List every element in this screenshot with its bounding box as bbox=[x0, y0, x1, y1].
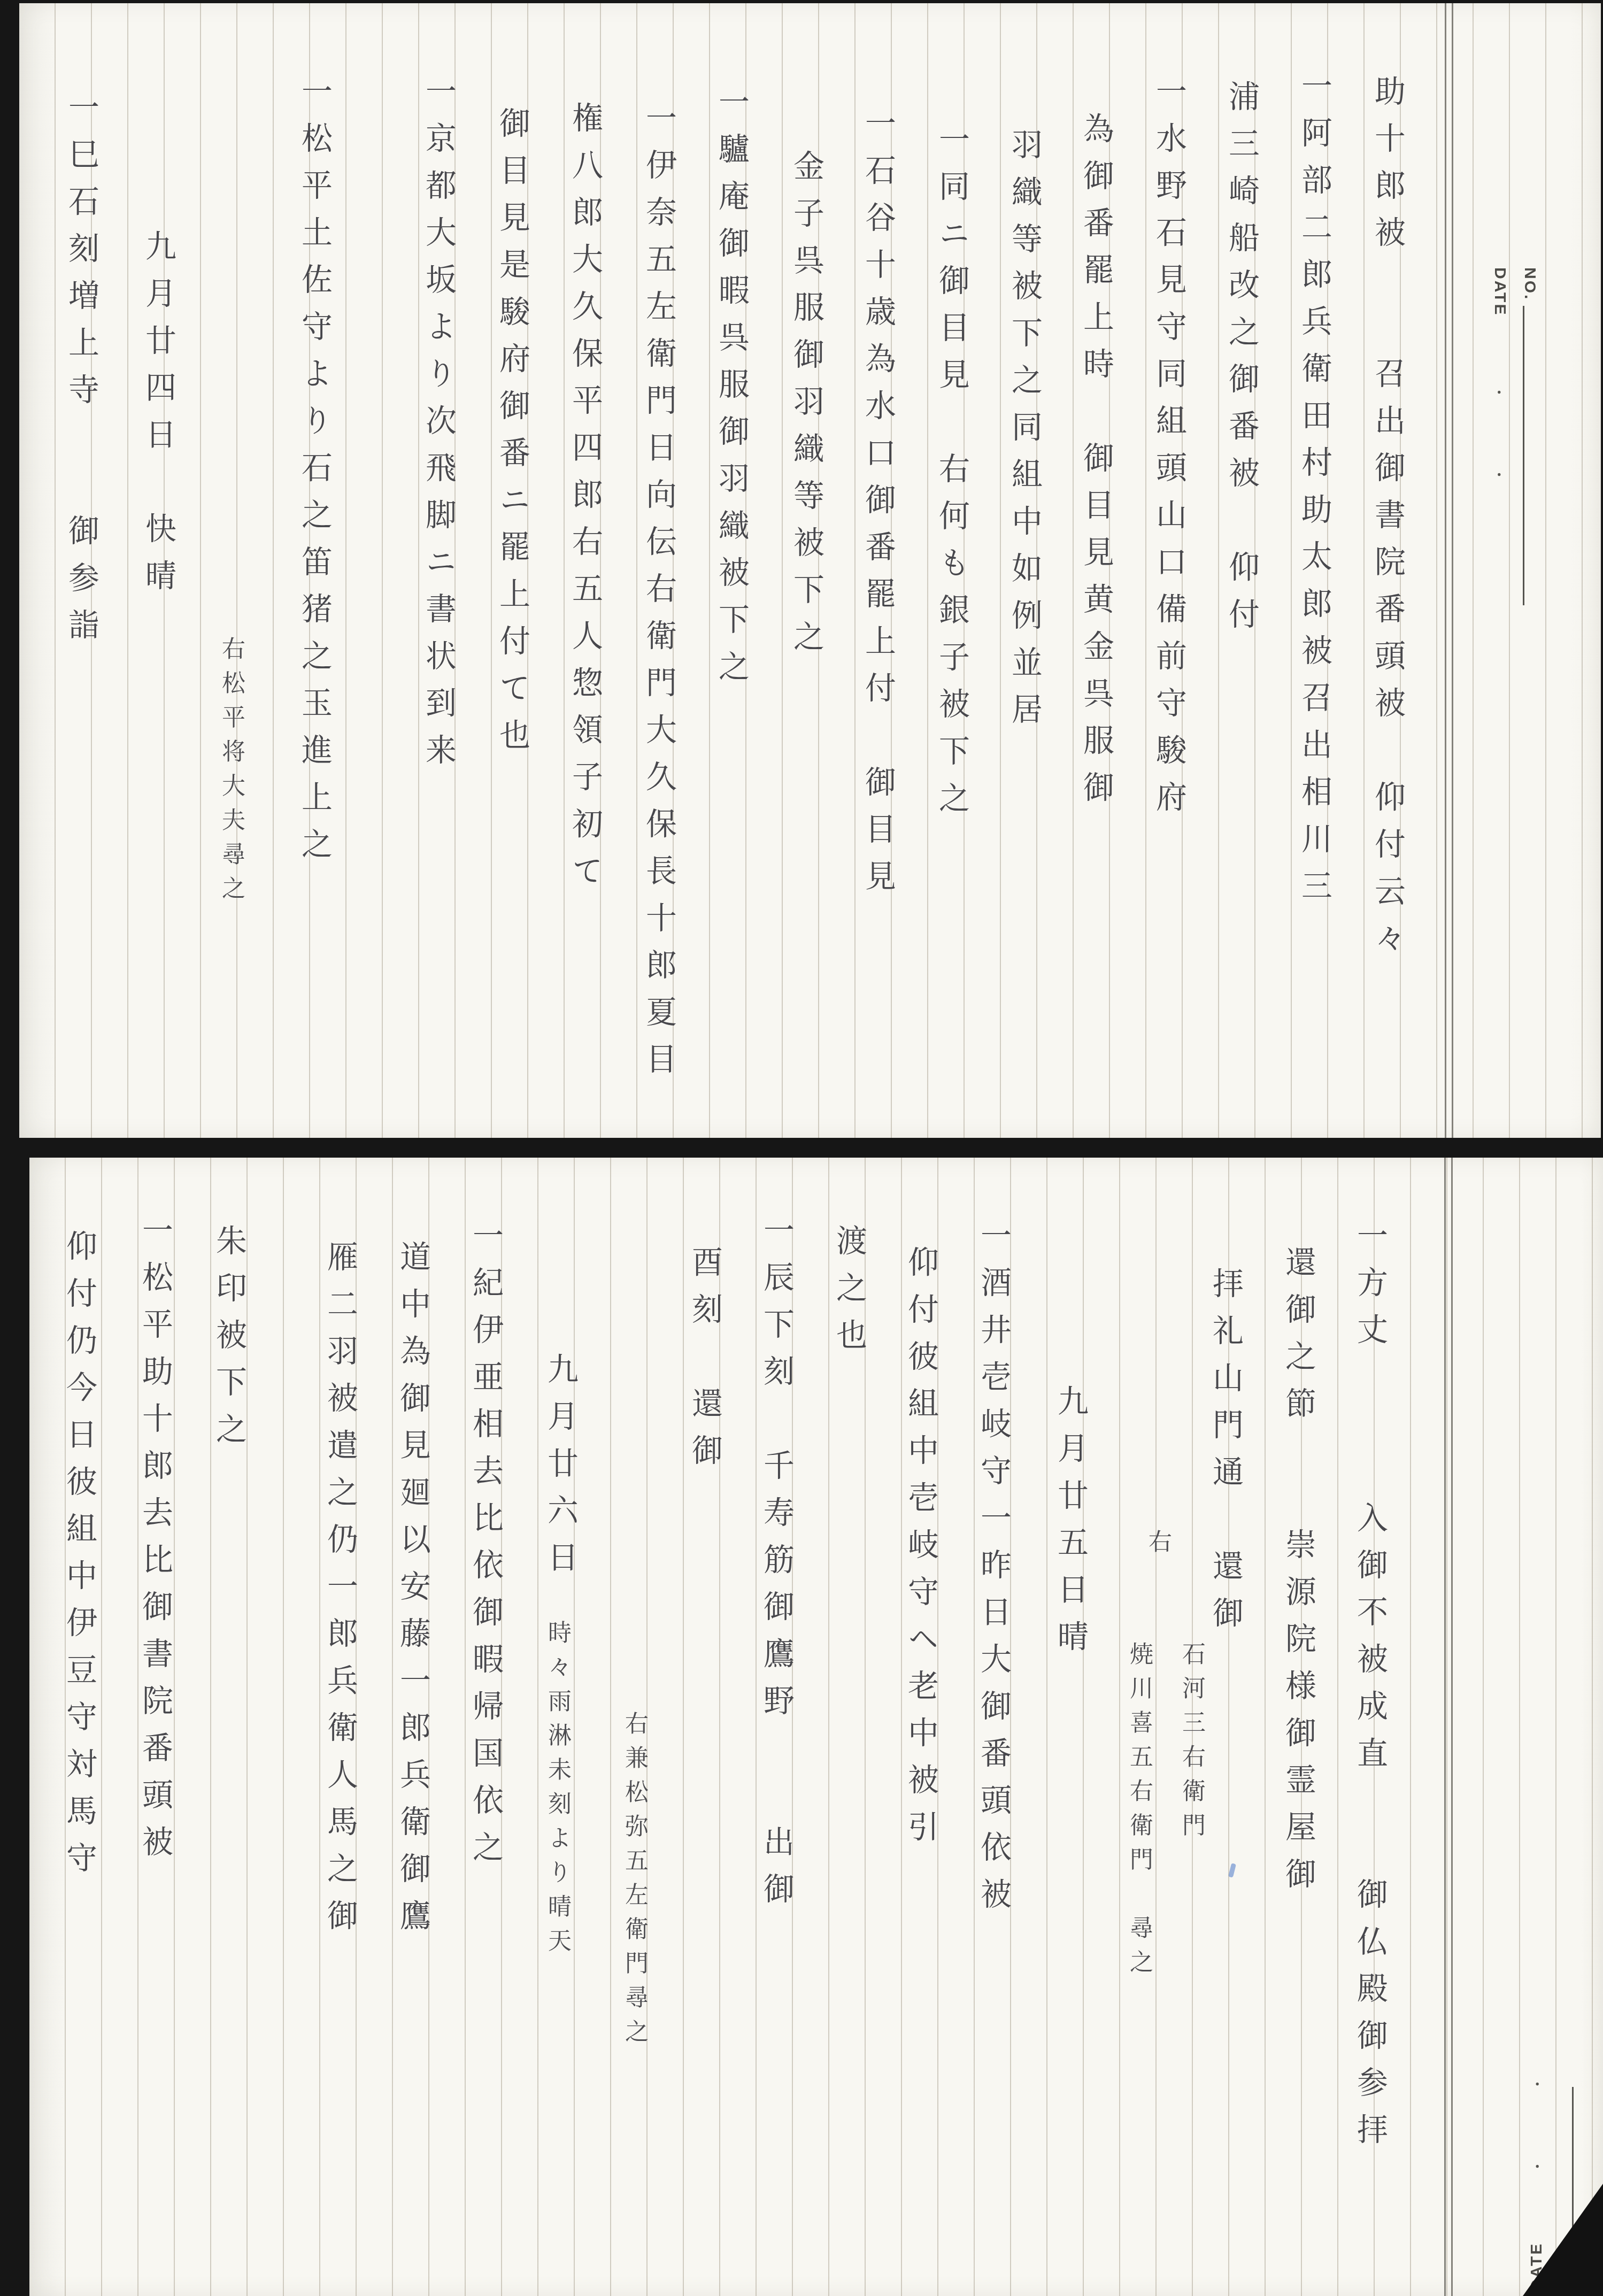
handwriting-column: 朱印被下之 bbox=[205, 1224, 253, 1460]
handwriting-column: 金子呉服御羽織等被下之 bbox=[782, 150, 830, 667]
notebook-page-top: NO. DATE ・ ・ 助十郎被 召出御書院番頭被 仰付云々一阿部二郎兵衛田村… bbox=[19, 3, 1601, 1138]
handwriting-column: 仰付仍今日彼組中伊豆守対馬守 bbox=[55, 1230, 103, 1889]
handwriting-column: 権八郎大久保平四郎右五人惣領子初て bbox=[561, 102, 609, 902]
notebook-page-bottom: NO. DATE ・ ・ 一方丈 入御不被成直 御仏殿御参拝還御之節 崇源院様御… bbox=[29, 1158, 1603, 2296]
handwriting-column: 右 bbox=[1139, 1529, 1176, 1563]
handwriting-column: 一阿部二郎兵衛田村助太郎被召出相川三 bbox=[1290, 70, 1338, 916]
handwriting-column: 一巳石刻増上寺 御参詣 bbox=[57, 91, 105, 656]
handwriting-column: 還御之節 崇源院様御霊屋御 bbox=[1274, 1246, 1322, 1905]
handwriting-column: 道中為御見廻以安藤一郎兵衛御鷹 bbox=[389, 1241, 437, 1946]
handwriting-column: 助十郎被 召出御書院番頭被 仰付云々 bbox=[1363, 75, 1412, 969]
handwriting-column: 焼川喜五右衛門 尋之 bbox=[1120, 1642, 1158, 1984]
handwriting-column: 一酒井壱岐守一昨日大御番頭依被 bbox=[969, 1219, 1018, 1925]
handwritten-columns-top: 助十郎被 召出御書院番頭被 仰付云々一阿部二郎兵衛田村助太郎被召出相川三浦三崎船… bbox=[19, 3, 1601, 1138]
handwriting-column: 仰付彼組中壱岐守ヘ老中被引 bbox=[897, 1246, 945, 1858]
handwriting-column: 右松平将大夫尋之 bbox=[212, 636, 250, 910]
handwriting-column: 一松平土佐守より石之笛猪之玉進上之 bbox=[290, 75, 338, 875]
handwriting-column: 御目見是駿府御番ニ罷上付て也 bbox=[488, 107, 536, 766]
handwriting-column: 雁二羽被遣之仍一郎兵衛人馬之御 bbox=[316, 1241, 364, 1946]
handwritten-columns-bottom: 一方丈 入御不被成直 御仏殿御参拝還御之節 崇源院様御霊屋御拝礼山門通 還御右石… bbox=[29, 1158, 1603, 2296]
handwriting-column: 為御番罷上時 御目見黄金呉服御 bbox=[1072, 112, 1120, 818]
handwriting-column: 一松平助十郎去比御書院番頭被 bbox=[131, 1214, 179, 1873]
handwriting-column: 羽織等被下之同組中如例並居 bbox=[1000, 128, 1049, 740]
handwriting-column: 時々雨淋未刻より晴天 bbox=[538, 1620, 576, 1962]
handwriting-column: 九月廿五日晴 bbox=[1046, 1385, 1095, 1667]
handwriting-column: 一辰下刻 千寿筋御鷹野 出御 bbox=[752, 1214, 800, 1920]
handwriting-column: 一水野石見守同組頭山口備前守駿府 bbox=[1145, 75, 1193, 828]
handwriting-column: 一石谷十歳為水口御番罷上付 御目見 bbox=[854, 107, 902, 907]
handwriting-column: 一同ニ御目見 右何も銀子被下之 bbox=[928, 123, 976, 829]
handwriting-column: 九月廿四日 快晴 bbox=[134, 230, 182, 606]
handwriting-column: 拝礼山門通 還御 bbox=[1201, 1267, 1250, 1644]
handwriting-column: 一驢庵御暇呉服御羽織被下之 bbox=[707, 86, 756, 697]
handwriting-column: 右兼松弥五左衛門尋之 bbox=[615, 1711, 653, 2053]
handwriting-column: 石河三右衛門 bbox=[1173, 1642, 1210, 1847]
handwriting-column: 一伊奈五左衛門日向伝右衛門大久保長十郎夏目 bbox=[635, 102, 683, 1090]
handwriting-column: 酉刻 還御 bbox=[681, 1246, 729, 1481]
handwriting-column: 一紀伊亜相去比依御暇帰国依之 bbox=[461, 1219, 510, 1878]
handwriting-column: 一方丈 入御不被成直 御仏殿御参拝 bbox=[1346, 1219, 1394, 2160]
handwriting-column: 一京都大坂より次飛脚ニ書状到来 bbox=[414, 75, 463, 781]
handwriting-column: 渡之也 bbox=[825, 1224, 873, 1366]
handwriting-column: 浦三崎船改之御番被 仰付 bbox=[1217, 80, 1266, 645]
handwriting-column: 九月廿六日 bbox=[536, 1353, 584, 1588]
